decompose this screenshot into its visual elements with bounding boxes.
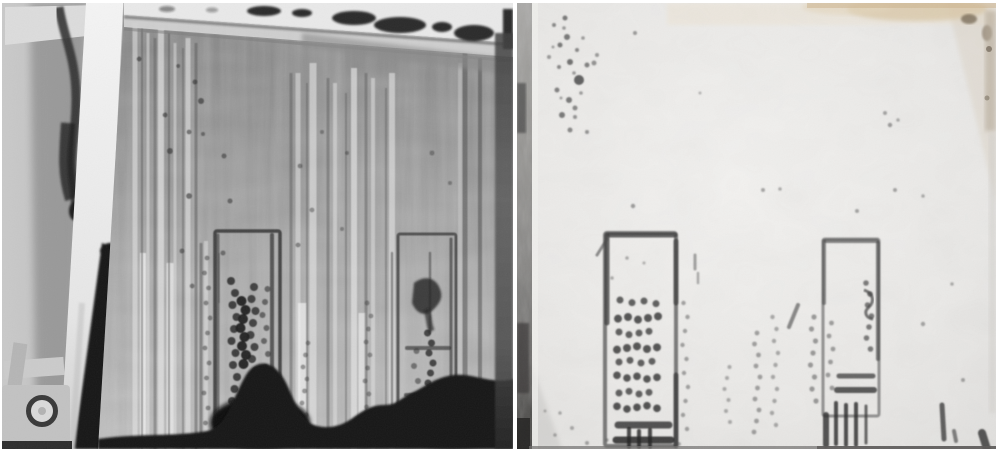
before-after-comparison <box>0 0 1000 454</box>
film-grain <box>517 3 996 449</box>
photo-clean-panel <box>517 3 996 449</box>
photo-dirty-panel <box>2 3 513 449</box>
film-grain <box>2 3 513 449</box>
dirty-panel-art <box>2 3 513 449</box>
clean-panel-art <box>517 3 996 449</box>
